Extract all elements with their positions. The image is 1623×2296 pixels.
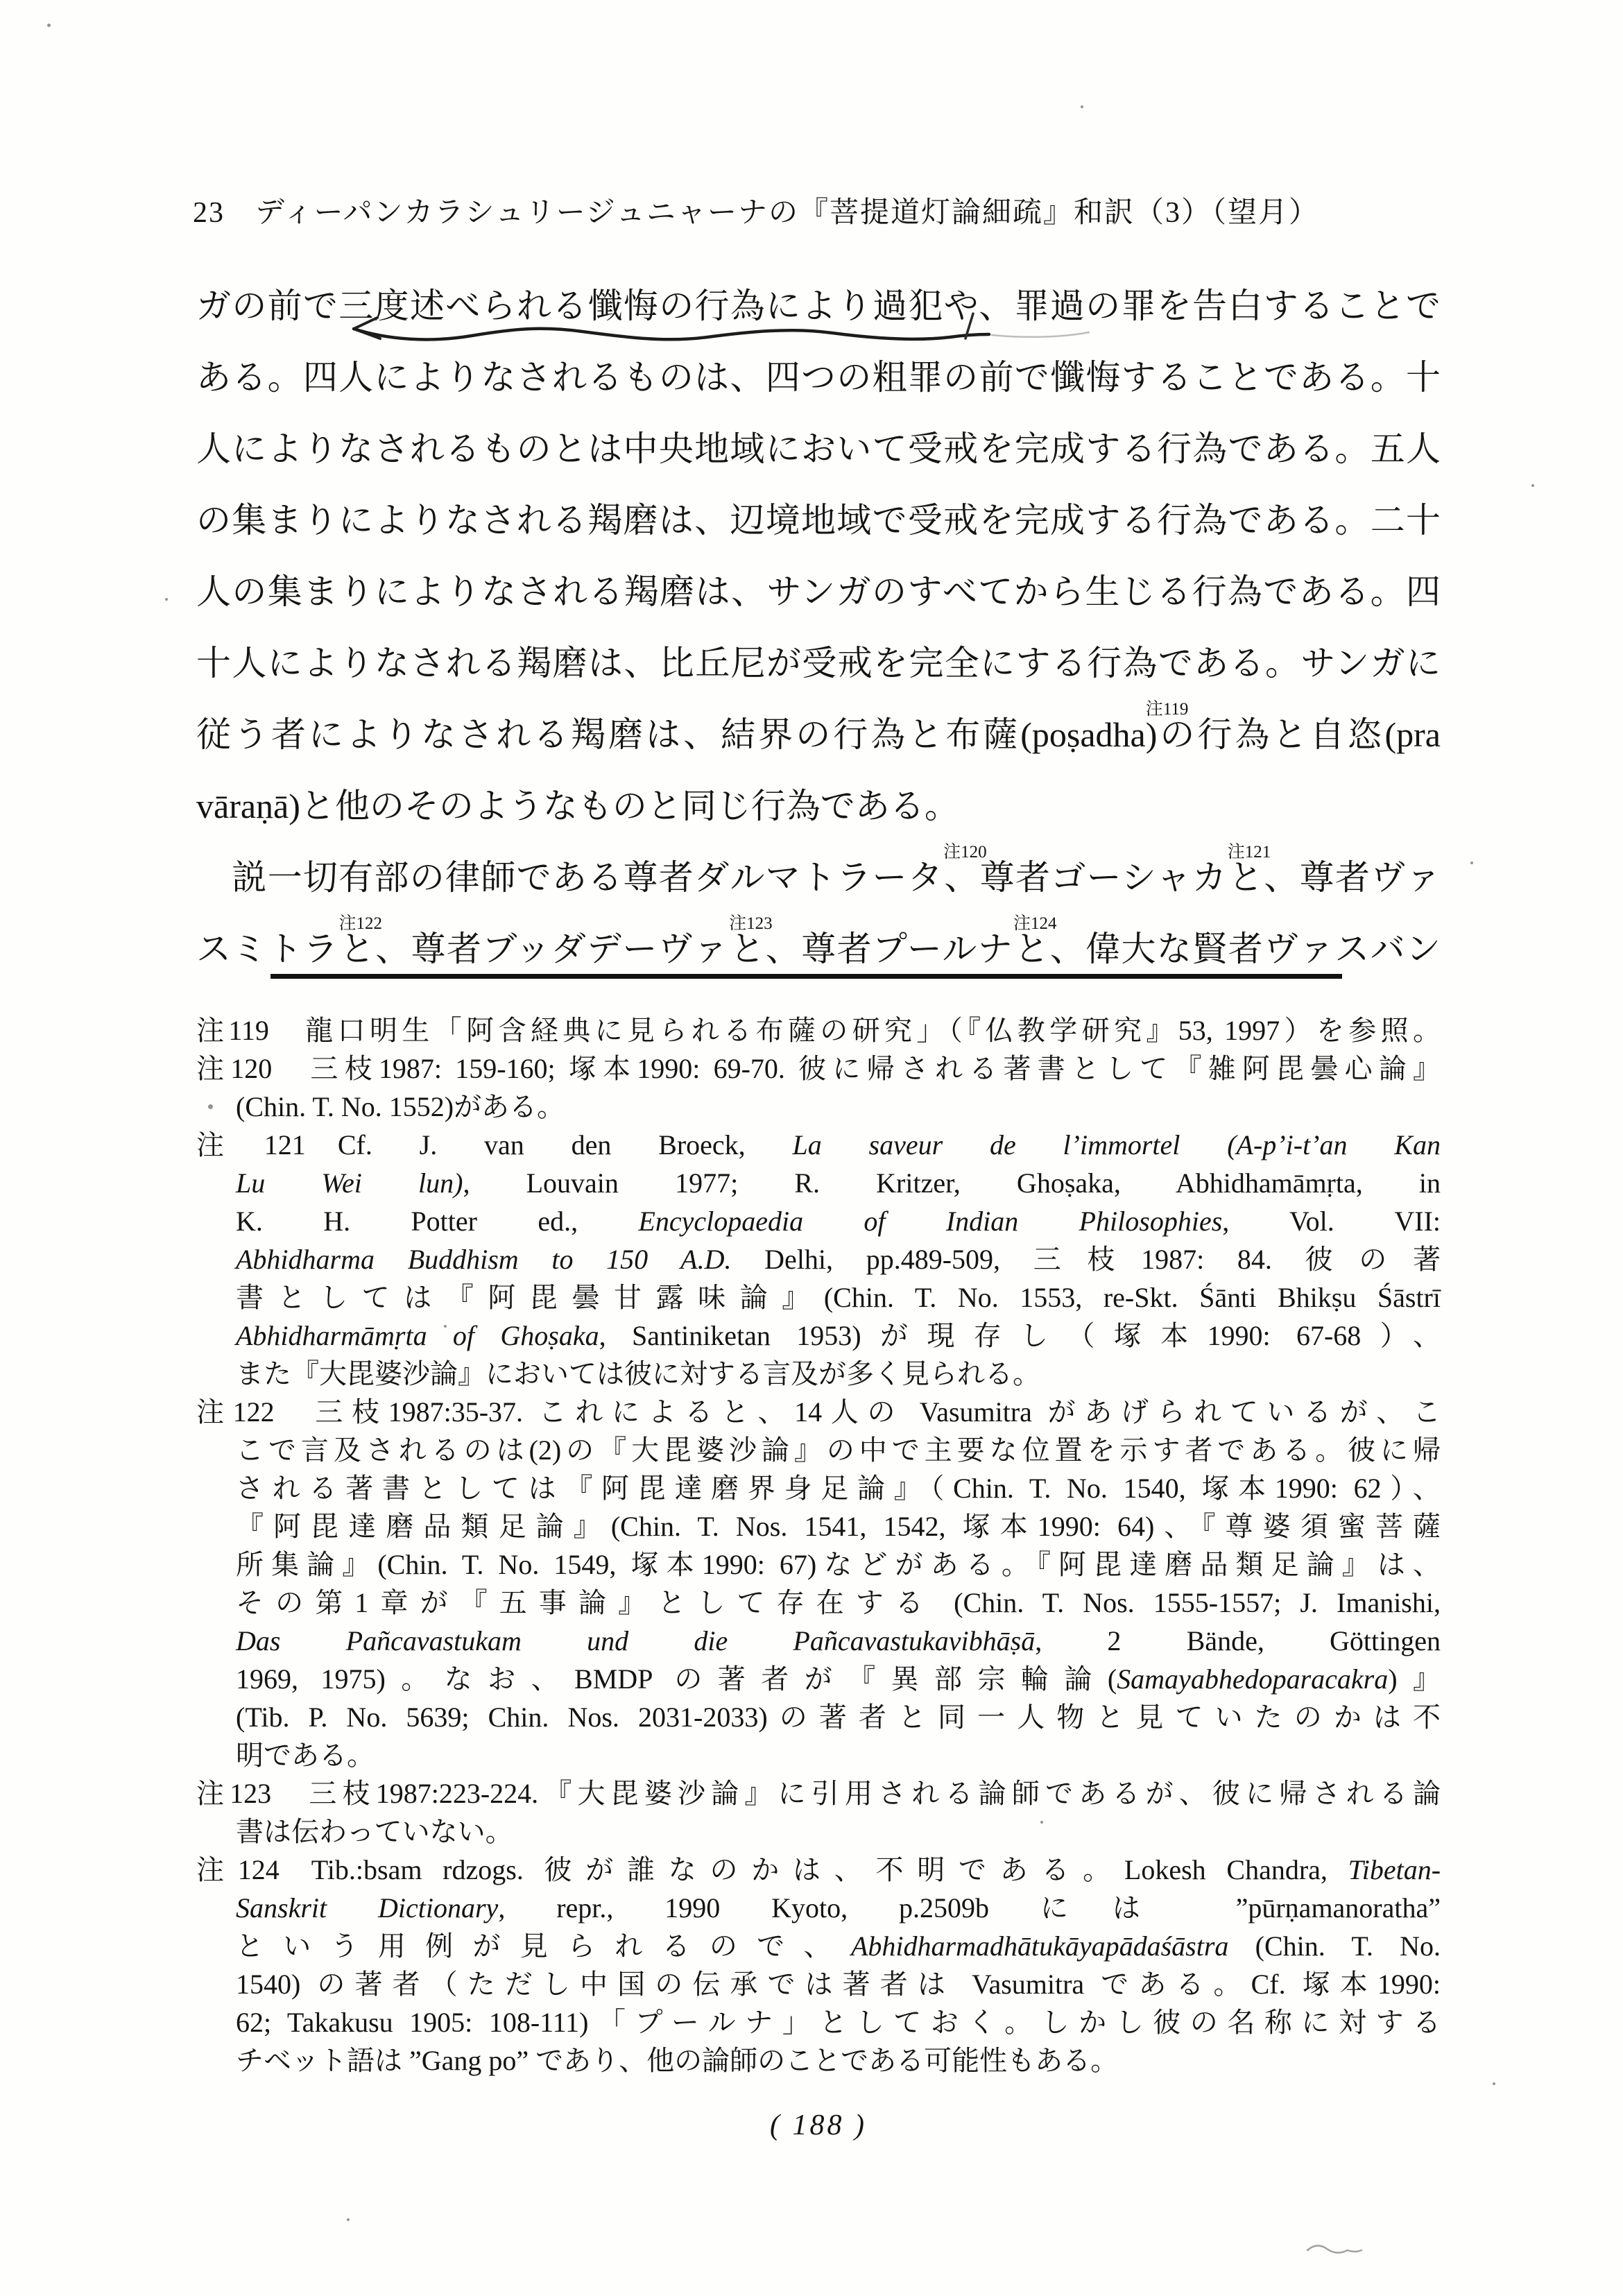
- text-segment: 1540) の著者（ただし中国の伝承では著者は Vasumitra である。Cf…: [236, 1969, 1441, 2000]
- text-segment: と、尊者プールナ: [729, 929, 1013, 968]
- footnote-line: K. H. Potter ed., Encyclopaedia of India…: [196, 1205, 1441, 1237]
- footnote-line: 注122三枝1987:35-37. これによると、14人の Vasumitra …: [196, 1396, 1441, 1428]
- text-segment: 説一切有部の律師である尊者ダルマトラータ: [196, 858, 943, 897]
- text-segment: , 2 Bände, Göttingen: [1035, 1625, 1441, 1656]
- scan-speck: [1470, 862, 1473, 864]
- text-segment: Abhidharmadhātukāyapādaśāstra: [851, 1930, 1228, 1962]
- text-segment: , Louvain 1977; R. Kritzer, Ghoṣaka, Abh…: [463, 1167, 1441, 1199]
- footnote-label: 注119: [196, 1015, 269, 1046]
- text-segment: また『大毘婆沙論』においては彼に対する言及が多く見られる。: [236, 1358, 1040, 1389]
- text-segment: 1969, 1975)。なお、BMDP の著者が『異部宗輪論(: [236, 1663, 1117, 1695]
- footnote-label: 注120: [196, 1053, 272, 1084]
- text-segment: Cf. J. van den Broeck,: [338, 1129, 793, 1160]
- text-segment: Abhidharmāmṛta of Ghoṣaka: [236, 1320, 599, 1351]
- text-segment: (Chin. T. No. 1552)がある。: [236, 1091, 565, 1122]
- page-number: ( 188 ): [196, 2109, 1441, 2142]
- text-segment: チベット語は ”Gang po” であり、他の論師のことである可能性もある。: [236, 2045, 1118, 2076]
- scan-artifact-squiggle: [1304, 2239, 1366, 2260]
- text-segment: 従う者によりなされる羯磨は、結界の行為と布薩(poṣadha: [196, 715, 1146, 754]
- scan-speck: [1493, 2082, 1495, 2085]
- footnote-line: (Tib. P. No. 5639; Chin. Nos. 2031-2033)…: [196, 1701, 1441, 1733]
- text-segment: )の行為と自恣(pra: [1146, 715, 1441, 754]
- text-segment: その第1章が『五事論』として存在する (Chin. T. Nos. 1555-1…: [236, 1587, 1441, 1618]
- text-segment: 十人によりなされる羯磨は、比丘尼が受戒を完全にする行為である。サンガに: [196, 644, 1441, 683]
- footnote-line: という用例が見られるので、Abhidharmadhātukāyapādaśāst…: [196, 1930, 1441, 1962]
- text-segment: と、尊者ブッダデーヴァ: [339, 929, 730, 968]
- footnote-line: チベット語は ”Gang po” であり、他の論師のことである可能性もある。: [196, 2044, 1441, 2077]
- scan-speck: [1040, 1821, 1043, 1824]
- text-segment: 、尊者ゴーシャカ: [943, 858, 1228, 897]
- footnote-line: こで言及されるのは(2)の『大毘婆沙論』の中で主要な位置を示す者である。彼に帰: [196, 1434, 1441, 1466]
- footnote-line: 注123三枝1987:223-224.『大毘婆沙論』に引用される論師であるが、彼…: [196, 1777, 1441, 1810]
- footnote-label: 注121: [196, 1129, 306, 1160]
- footnote-line: Abhidharmāmṛta of Ghoṣaka, Santiniketan …: [196, 1319, 1441, 1352]
- text-segment: こで言及されるのは(2)の『大毘婆沙論』の中で主要な位置を示す者である。彼に帰: [236, 1434, 1441, 1466]
- text-segment: (Chin. T. No.: [1228, 1930, 1441, 1962]
- text-segment: スミトラ: [196, 929, 339, 968]
- footnote-line: される著書としては『阿毘達磨界身足論』（Chin. T. No. 1540, 塚…: [196, 1472, 1441, 1505]
- footnote-line: 所集論』(Chin. T. No. 1549, 塚本1990: 67)などがある…: [196, 1548, 1441, 1581]
- text-segment: Samayabhedoparacakra: [1117, 1663, 1388, 1695]
- text-segment: ある。四人によりなされるものは、四つの粗罪の前で懺悔することである。十: [196, 358, 1441, 397]
- scan-speck: [208, 1104, 213, 1109]
- text-segment: [1180, 1129, 1227, 1160]
- body-line: ある。四人によりなされるものは、四つの粗罪の前で懺悔することである。十: [196, 357, 1441, 397]
- footnote-label: 注122: [196, 1396, 275, 1428]
- text-segment: )』: [1388, 1663, 1441, 1695]
- text-segment: Abhidharma Buddhism to 150 A.D.: [236, 1244, 731, 1275]
- text-segment: 三枝1987:223-224.『大毘婆沙論』に引用される論師であるが、彼に帰され…: [303, 1778, 1441, 1809]
- text-segment: 書は伝わっていない。: [236, 1816, 513, 1847]
- text-segment: (Tib. P. No. 5639; Chin. Nos. 2031-2033)…: [236, 1702, 1441, 1733]
- text-segment: K. H. Potter ed.,: [236, 1206, 638, 1237]
- text-segment: 龍口明生「阿含経典に見られる布薩の研究」（『仏教学研究』53, 1997）を参照…: [301, 1015, 1441, 1046]
- footnote-label: 注123: [196, 1778, 271, 1809]
- scanned-page: 23 ディーパンカラシュリージュニャーナの『菩提道灯論細疏』和訳（3）（望月） …: [0, 0, 1623, 2296]
- body-line: の集まりによりなされる羯磨は、辺境地域で受戒を完成する行為である。二十: [196, 500, 1441, 540]
- footnote-separator: [270, 974, 1342, 979]
- text-segment: Tib.:bsam rdzogs. 彼が誰なのかは、不明である。Lokesh C…: [311, 1854, 1348, 1885]
- text-segment: 三枝1987:35-37. これによると、14人の Vasumitra があげら…: [307, 1396, 1441, 1428]
- footnote-line: (Chin. T. No. 1552)がある。: [196, 1090, 1441, 1123]
- text-segment: 明である。: [236, 1740, 375, 1771]
- scan-speck: [347, 2218, 350, 2221]
- text-segment: Encyclopaedia of Indian Philosophies: [638, 1206, 1222, 1237]
- footnote-line: 注120三枝1987: 159-160; 塚本1990: 69-70. 彼に帰さ…: [196, 1052, 1441, 1085]
- footnote-line: 書としては『阿毘曇甘露味論』(Chin. T. No. 1553, re-Skt…: [196, 1281, 1441, 1314]
- footnote-line: その第1章が『五事論』として存在する (Chin. T. Nos. 1555-1…: [196, 1586, 1441, 1619]
- scan-speck: [444, 1325, 447, 1328]
- footnote-line: 62; Takakusu 1905: 108-111)「プールナ」としておく。し…: [196, 2006, 1441, 2039]
- body-line: 人の集まりによりなされる羯磨は、サンガのすべてから生じる行為である。四: [196, 572, 1441, 612]
- footnote-line: また『大毘婆沙論』においては彼に対する言及が多く見られる。: [196, 1357, 1441, 1390]
- footnote-label: 注124: [196, 1854, 280, 1885]
- body-line: 説一切有部の律師である尊者ダルマトラータ注120、尊者ゴーシャカ注121と、尊者…: [196, 857, 1441, 905]
- body-line: スミトラ注122と、尊者ブッダデーヴァ注123と、尊者プールナ注124と、偉大な…: [196, 929, 1441, 976]
- body-line: 従う者によりなされる羯磨は、結界の行為と布薩(poṣadha注119)の行為と自…: [196, 714, 1441, 762]
- text-segment: 人の集まりによりなされる羯磨は、サンガのすべてから生じる行為である。四: [196, 572, 1441, 611]
- body-line: 人によりなされるものとは中央地域において受戒を完成する行為である。五人: [196, 429, 1441, 469]
- text-segment: 書としては『阿毘曇甘露味論』(Chin. T. No. 1553, re-Skt…: [236, 1282, 1441, 1313]
- footnote-line: 1969, 1975)。なお、BMDP の著者が『異部宗輪論(Samayabhe…: [196, 1663, 1441, 1695]
- footnote-line: 注124Tib.:bsam rdzogs. 彼が誰なのかは、不明である。Loke…: [196, 1853, 1441, 1886]
- text-segment: , Vol. VII:: [1222, 1206, 1441, 1237]
- text-segment: vāraṇā)と他のそのようなものと同じ行為である。: [196, 787, 959, 825]
- text-segment: Das Pañcavastukam und die Pañcavastukavi…: [236, 1625, 1035, 1656]
- text-segment: の集まりによりなされる羯磨は、辺境地域で受戒を完成する行為である。二十: [196, 501, 1441, 540]
- footnote-line: Sanskrit Dictionary, repr., 1990 Kyoto, …: [196, 1892, 1441, 1924]
- text-segment: Tibetan-: [1348, 1854, 1441, 1885]
- footnote-line: 書は伝わっていない。: [196, 1815, 1441, 1848]
- running-header: 23 ディーパンカラシュリージュニャーナの『菩提道灯論細疏』和訳（3）（望月）: [193, 196, 1441, 230]
- text-segment: と、尊者ヴァ: [1228, 858, 1441, 897]
- scan-speck: [165, 598, 168, 601]
- text-segment: される著書としては『阿毘達磨界身足論』（Chin. T. No. 1540, 塚…: [236, 1473, 1441, 1504]
- scan-speck: [1531, 484, 1534, 487]
- body-line: 十人によりなされる羯磨は、比丘尼が受戒を完全にする行為である。サンガに: [196, 643, 1441, 683]
- footnote-line: Lu Wei lun), Louvain 1977; R. Kritzer, G…: [196, 1167, 1441, 1199]
- text-segment: , repr., 1990 Kyoto, p.2509b には ”pūrṇama…: [498, 1892, 1441, 1924]
- footnote-line: 注119龍口明生「阿含経典に見られる布薩の研究」（『仏教学研究』53, 1997…: [196, 1014, 1441, 1047]
- body-line: vāraṇā)と他のそのようなものと同じ行為である。: [196, 786, 1441, 826]
- footnote-line: 1540) の著者（ただし中国の伝承では著者は Vasumitra である。Cf…: [196, 1968, 1441, 2001]
- scan-speck: [47, 24, 51, 27]
- text-segment: という用例が見られるので、: [236, 1930, 851, 1962]
- text-segment: Sanskrit Dictionary: [236, 1892, 498, 1924]
- text-segment: Lu Wei lun): [236, 1167, 463, 1199]
- footnote-line: Abhidharma Buddhism to 150 A.D. Delhi, p…: [196, 1243, 1441, 1276]
- text-segment: 62; Takakusu 1905: 108-111)「プールナ」としておく。し…: [236, 2007, 1441, 2038]
- text-segment: と、偉大な賢者ヴァスバン: [1013, 929, 1441, 968]
- text-segment: 三枝1987: 159-160; 塚本1990: 69-70. 彼に帰される著書…: [304, 1053, 1441, 1084]
- footnote-line: 注121Cf. J. van den Broeck, La saveur de …: [196, 1129, 1441, 1161]
- text-segment: , Santiniketan 1953)が現存し（塚本1990: 67-68）、: [599, 1320, 1441, 1351]
- text-segment: ガの前で三度述べられる懺悔の行為により過犯や、罪過の罪を告白することで: [196, 286, 1441, 325]
- footnote-line: Das Pañcavastukam und die Pañcavastukavi…: [196, 1625, 1441, 1657]
- text-segment: 人によりなされるものとは中央地域において受戒を完成する行為である。五人: [196, 429, 1441, 468]
- footnote-line: 『阿毘達磨品類足論』(Chin. T. Nos. 1541, 1542, 塚本1…: [196, 1510, 1441, 1543]
- body-line: ガの前で三度述べられる懺悔の行為により過犯や、罪過の罪を告白することで: [196, 286, 1441, 326]
- footnote-line: 明である。: [196, 1739, 1441, 1772]
- text-segment: La saveur de l’immortel: [792, 1129, 1180, 1160]
- text-segment: 所集論』(Chin. T. No. 1549, 塚本1990: 67)などがある…: [236, 1549, 1441, 1580]
- scan-speck: [1081, 105, 1083, 108]
- text-segment: Delhi, pp.489-509, 三枝1987: 84. 彼の著: [731, 1244, 1441, 1275]
- text-segment: (A-p’i-t’an Kan: [1227, 1129, 1441, 1160]
- text-segment: 『阿毘達磨品類足論』(Chin. T. Nos. 1541, 1542, 塚本1…: [236, 1511, 1441, 1542]
